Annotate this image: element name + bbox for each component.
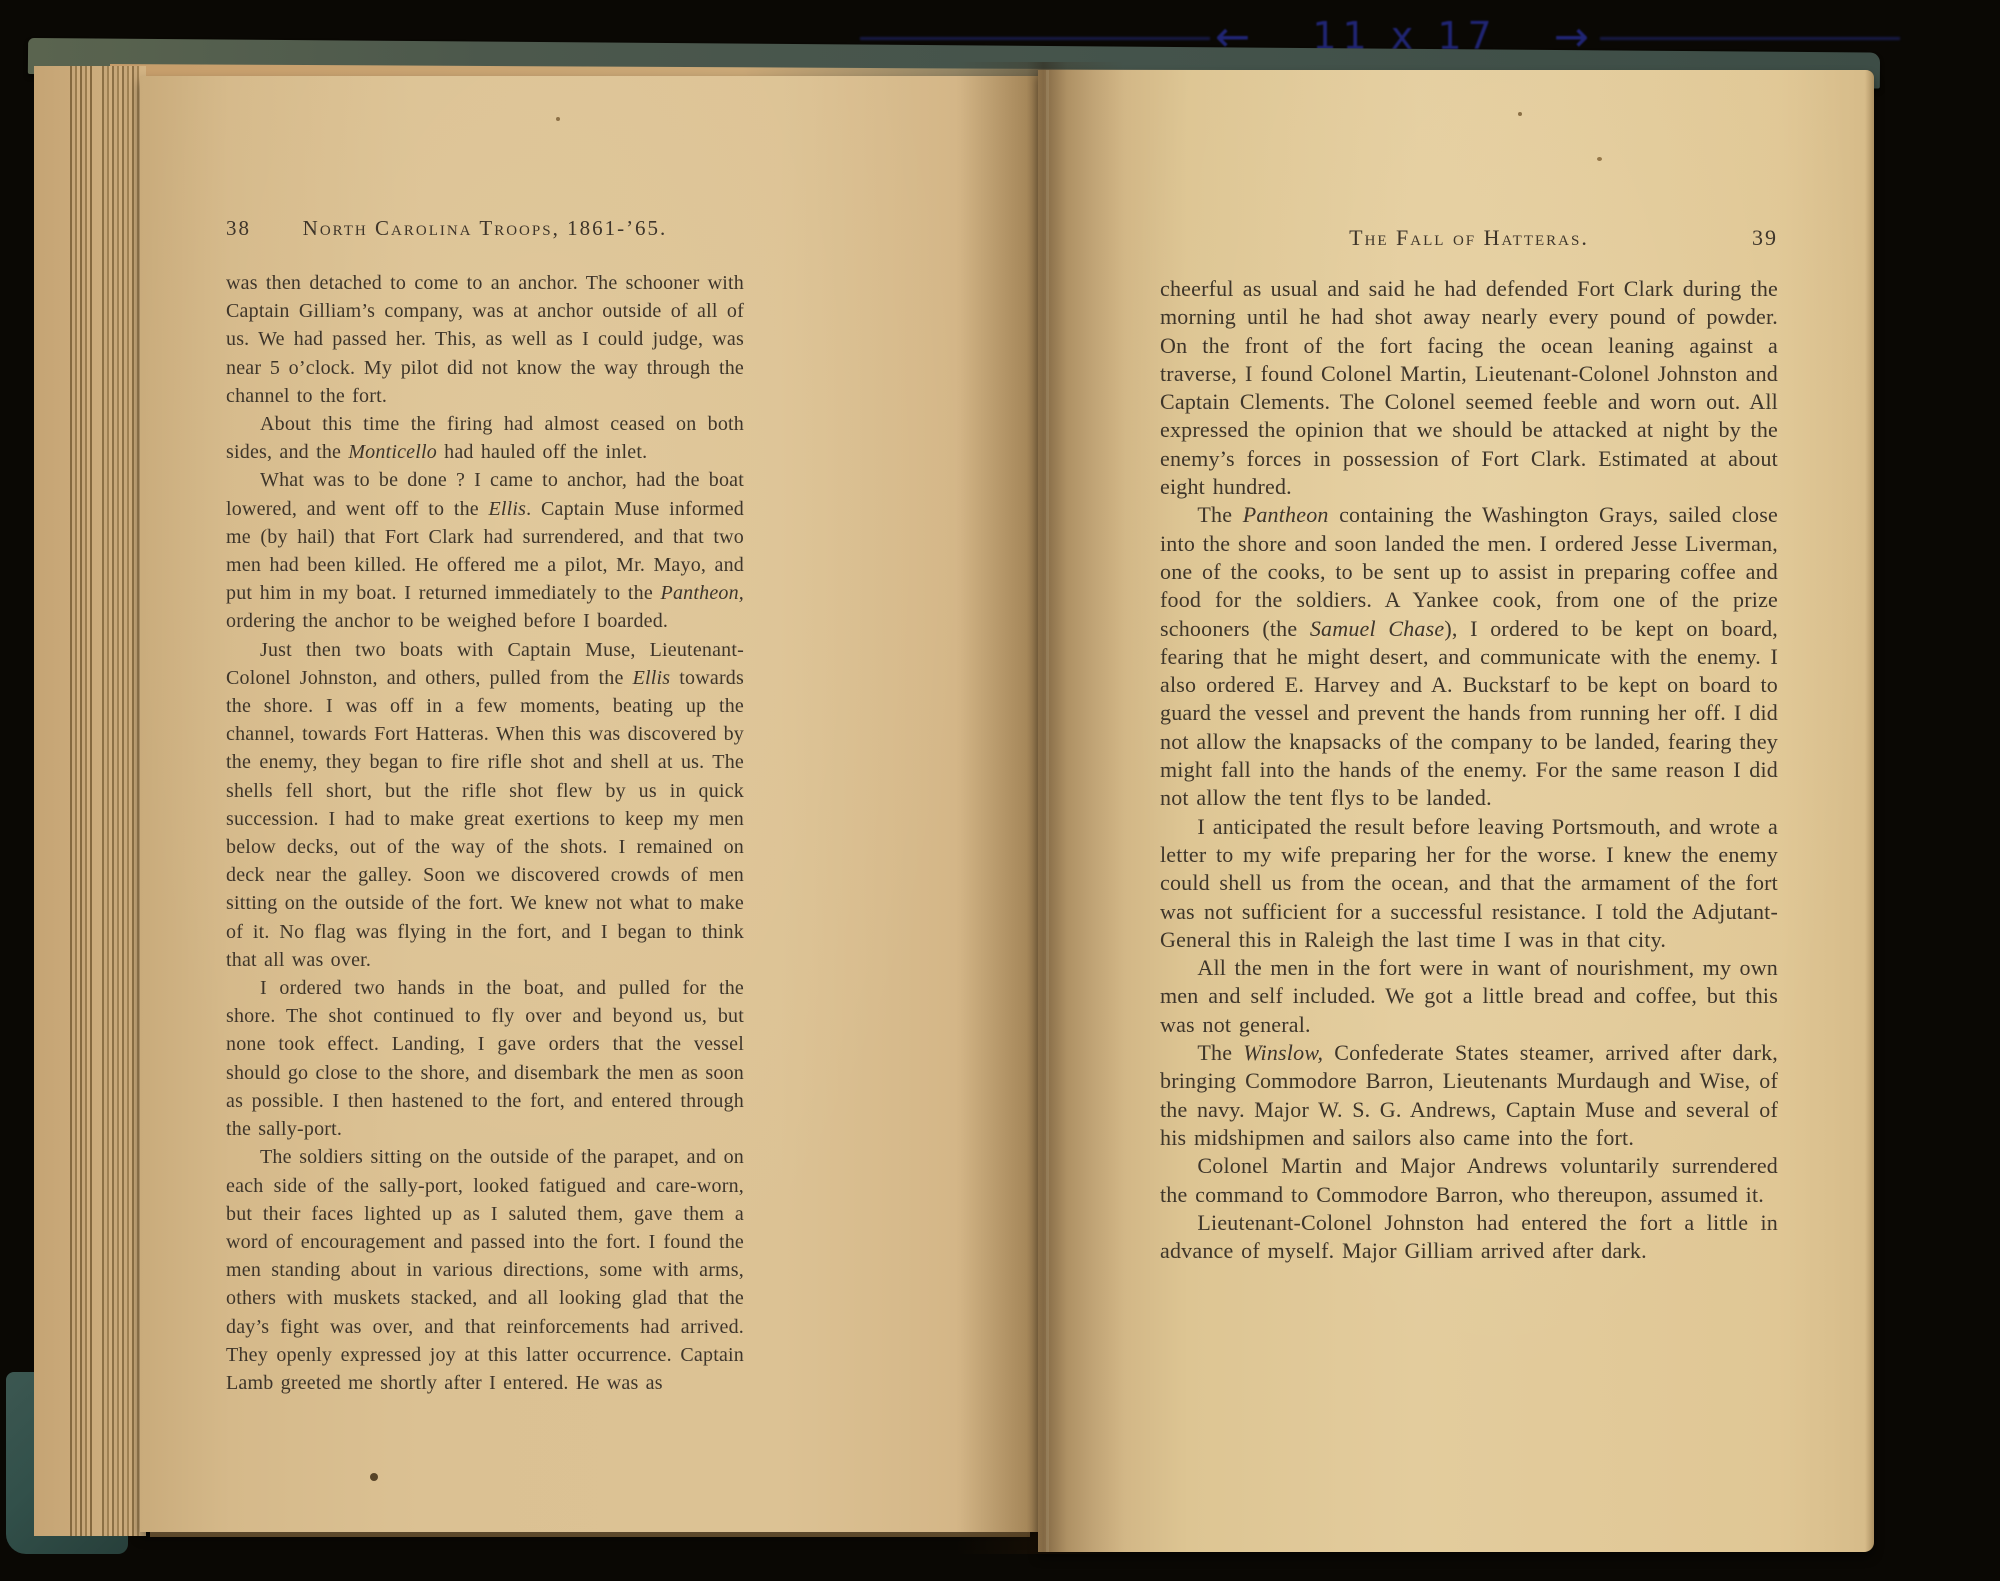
paragraph: was then detached to come to an anchor. … — [226, 269, 744, 410]
paragraph: I ordered two hands in the boat, and pul… — [226, 974, 744, 1143]
left-running-head: North Carolina Troops, 1861-’65. — [226, 214, 744, 242]
page-speck — [1597, 157, 1602, 161]
scan-ruler-line-left — [860, 37, 1210, 40]
right-page-body: cheerful as usual and said he had defend… — [1160, 275, 1778, 1265]
right-page-number: 39 — [1752, 224, 1778, 252]
paragraph: Colonel Martin and Major Andrews volunta… — [1160, 1152, 1778, 1209]
page-speck — [370, 1473, 378, 1481]
left-page-header: 38 North Carolina Troops, 1861-’65. — [226, 214, 744, 244]
paragraph: cheerful as usual and said he had defend… — [1160, 275, 1778, 501]
paragraph: All the men in the fort were in want of … — [1160, 954, 1778, 1039]
paragraph: Lieutenant-Colonel Johnston had entered … — [1160, 1209, 1778, 1266]
paragraph: The Winslow, Confederate States steamer,… — [1160, 1039, 1778, 1152]
paragraph: What was to be done ? I came to anchor, … — [226, 466, 744, 635]
paragraph: Just then two boats with Captain Muse, L… — [226, 636, 744, 974]
page-edge-stripes — [102, 66, 140, 1536]
right-page-text: The Fall of Hatteras. 39 cheerful as usu… — [1160, 224, 1778, 1265]
photo-background: { "scan_overlay": { "left_arrow": "←", "… — [0, 0, 2000, 1581]
left-page-body: was then detached to come to an anchor. … — [226, 269, 744, 1397]
page-stack-edges-left — [34, 66, 146, 1536]
left-page-text: 38 North Carolina Troops, 1861-’65. was … — [226, 214, 744, 1397]
right-running-head: The Fall of Hatteras. — [1160, 224, 1778, 252]
right-page-header: The Fall of Hatteras. 39 — [1160, 224, 1778, 254]
page-speck — [556, 117, 560, 121]
page-edge-stripes — [70, 66, 92, 1536]
paragraph: About this time the firing had almost ce… — [226, 410, 744, 466]
paragraph: The Pantheon containing the Washington G… — [1160, 501, 1778, 812]
paragraph: The soldiers sitting on the outside of t… — [226, 1143, 744, 1397]
scan-ruler-line-right — [1600, 37, 1900, 40]
page-speck — [1518, 112, 1522, 116]
paragraph: I anticipated the result before leaving … — [1160, 813, 1778, 954]
